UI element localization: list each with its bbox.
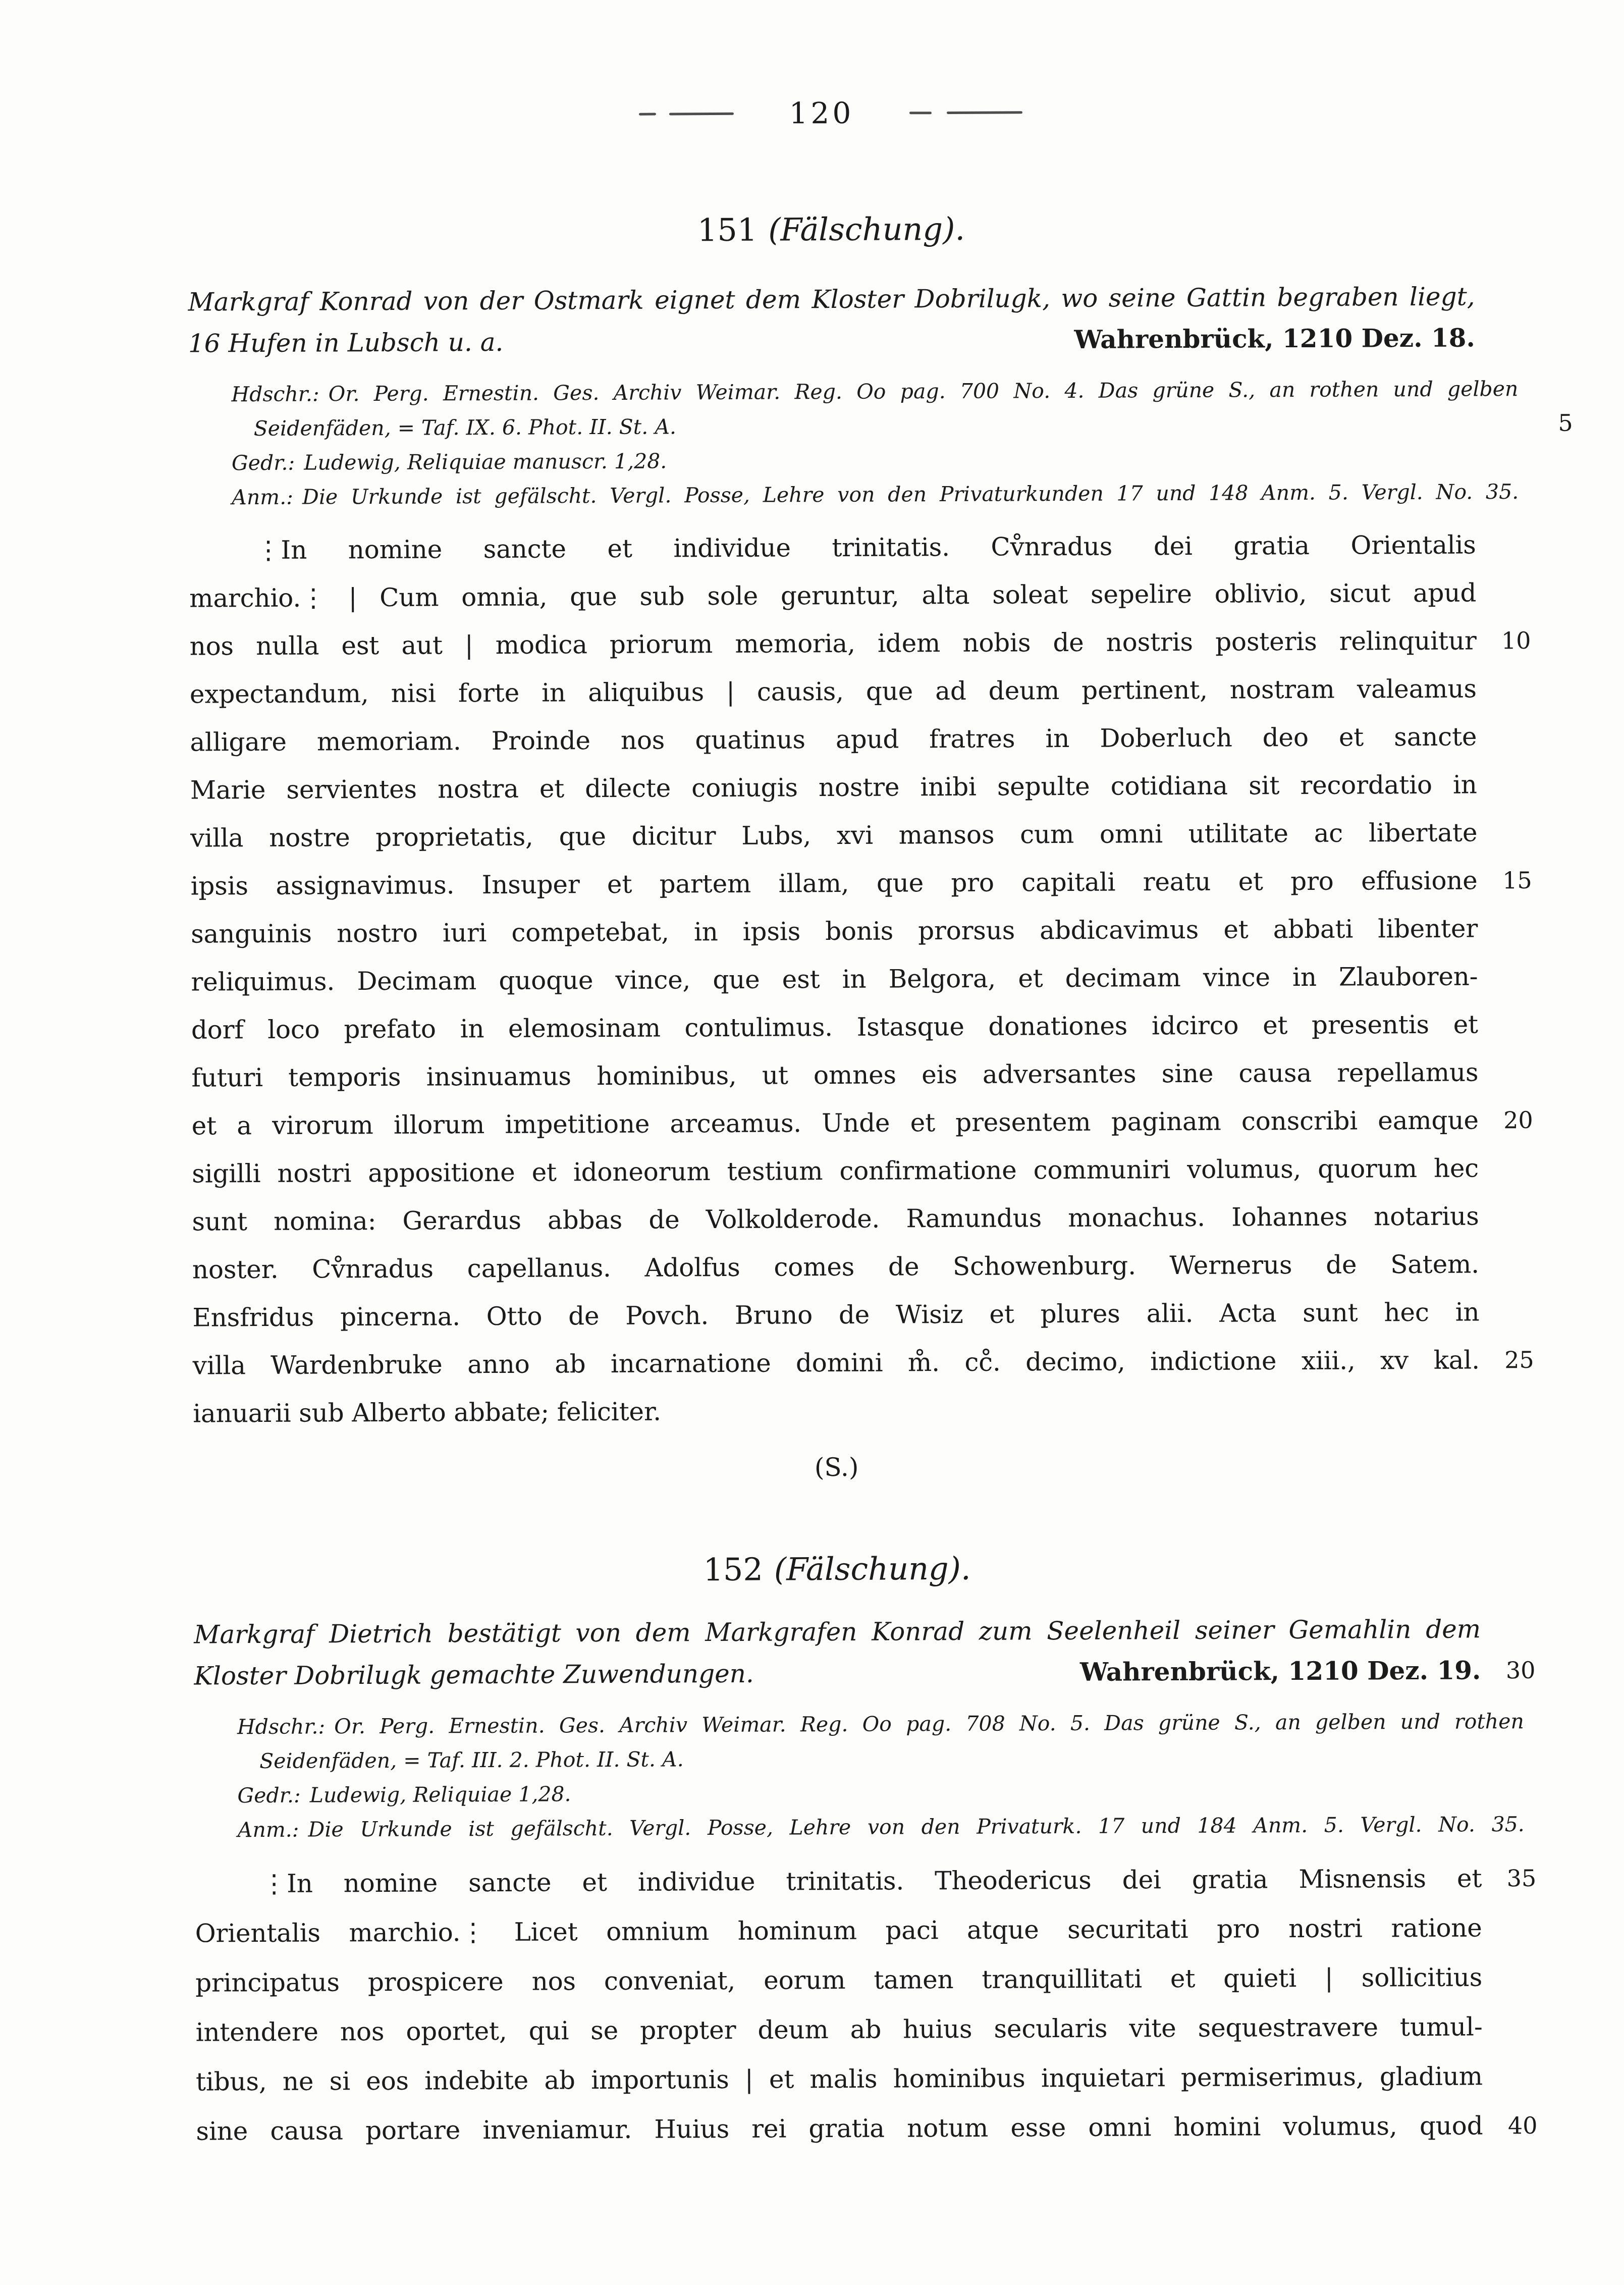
charter-text: futuri temporis insinuamus hominibus, ut… [191, 1057, 1478, 1092]
charter-text-line: futuri temporis insinuamus hominibus, ut… [191, 1048, 1478, 1102]
charter-text: intendere nos oportet, qui se propter de… [195, 2012, 1482, 2047]
source-line: Anm.:Die Urkunde ist gefälscht. Vergl. P… [238, 1807, 1525, 1847]
regest-line: Markgraf Konrad von der Ostmark eignet d… [188, 276, 1475, 323]
entry-151-forgery-label: (Fälschung). [768, 210, 965, 248]
charter-text: marchio.⋮ | Cum omnia, que sub sole geru… [189, 578, 1476, 613]
charter-text: sine causa portare inveniamur. Huius rei… [196, 2111, 1483, 2146]
source-text: Die Urkunde ist gefälscht. Vergl. Posse,… [302, 480, 1519, 509]
source-text: Seidenfäden, = Taf. IX. 6. Phot. II. St.… [254, 414, 676, 441]
charter-text-line: villa Wardenbruke anno ab incarnatione d… [193, 1336, 1480, 1390]
charter-text: Ensfridus pincerna. Otto de Povch. Bruno… [192, 1297, 1479, 1332]
margin-line-number: 20 [1503, 1096, 1533, 1144]
source-text: Or. Perg. Ernestin. Ges. Archiv Weimar. … [334, 1709, 1524, 1738]
charter-text: dorf loco prefato in elemosinam contulim… [191, 1009, 1478, 1044]
charter-text-line: sunt nomina: Gerardus abbas de Volkolder… [192, 1192, 1479, 1246]
charter-text: expectandum, nisi forte in aliquibus | c… [190, 674, 1477, 709]
entry-151-charter-text: ⋮In nomine sancte et individue trinitati… [189, 521, 1480, 1438]
charter-text-line: sine causa portare inveniamur. Huius rei… [196, 2101, 1483, 2156]
entry-151-regest: Markgraf Konrad von der Ostmark eignet d… [188, 276, 1475, 364]
source-label: Anm.: [232, 485, 293, 510]
source-line: Gedr.:Ludewig, Reliquiae manuscr. 1,28. [232, 440, 1519, 480]
charter-text-line: noster. Cv̊nradus capellanus. Adolfus co… [192, 1240, 1479, 1294]
charter-text-line: expectandum, nisi forte in aliquibus | c… [190, 665, 1477, 718]
source-line: Seidenfäden, = Taf. III. 2. Phot. II. St… [237, 1738, 1524, 1778]
charter-text: villa nostre proprietatis, que dicitur L… [190, 818, 1477, 853]
charter-text-line: et a virorum illorum impetitione arceamu… [192, 1096, 1479, 1150]
charter-text: sanguinis nostro iuri competebat, in ips… [191, 914, 1478, 948]
header-rule-left-small [639, 113, 656, 115]
charter-text: nos nulla est aut | modica priorum memor… [189, 626, 1476, 661]
charter-text-line: villa nostre proprietatis, que dicitur L… [190, 809, 1477, 862]
charter-text-line: tibus, ne si eos indebite ab importunis … [196, 2051, 1483, 2106]
source-text: Ludewig, Reliquiae 1,28. [310, 1782, 571, 1807]
charter-text-line: Orientalis marchio.⋮ Licet omnium hominu… [195, 1903, 1482, 1958]
regest-line-left: 16 Hufen in Lubsch u. a. [188, 322, 504, 364]
margin-line-number: 25 [1504, 1336, 1534, 1384]
charter-text: principatus prospicere nos conveniat, eo… [195, 1962, 1482, 1997]
margin-line-number: 35 [1440, 1853, 1536, 1903]
charter-text-line: sanguinis nostro iuri competebat, in ips… [191, 905, 1478, 958]
charter-text: Orientalis marchio.⋮ Licet omnium hominu… [195, 1913, 1482, 1948]
charter-text: ipsis assignavimus. Insuper et partem il… [191, 866, 1478, 900]
page-number: 120 [789, 96, 854, 131]
charter-text: villa Wardenbruke anno ab incarnatione d… [193, 1345, 1480, 1380]
charter-text-line: marchio.⋮ | Cum omnia, que sub sole geru… [189, 569, 1476, 622]
source-text: Or. Perg. Ernestin. Ges. Archiv Weimar. … [329, 377, 1519, 406]
header-rule-right-small [909, 112, 932, 114]
entry-151-source-notes: Hdschr.:Or. Perg. Ernestin. Ges. Archiv … [188, 371, 1546, 515]
charter-text: tibus, ne si eos indebite ab importunis … [196, 2061, 1483, 2096]
source-label: Gedr.: [232, 451, 295, 475]
margin-line-number: 15 [1502, 857, 1532, 905]
source-label: Gedr.: [237, 1783, 300, 1808]
source-line: Seidenfäden, = Taf. IX. 6. Phot. II. St.… [232, 406, 1519, 446]
entry-152-charter-text: ⋮In nomine sancte et individue trinitati… [195, 1853, 1483, 2156]
charter-text: noster. Cv̊nradus capellanus. Adolfus co… [192, 1249, 1479, 1284]
charter-text: Marie servientes nostra et dilecte coniu… [190, 770, 1477, 805]
entry-152-source-notes: Hdschr.:Or. Perg. Ernestin. Ges. Archiv … [194, 1704, 1552, 1847]
entry-152-forgery-label: (Fälschung). [774, 1550, 971, 1588]
page-header: 120 [187, 93, 1474, 133]
source-line: Anm.:Die Urkunde ist gefälscht. Vergl. P… [232, 474, 1519, 514]
entry-152-heading: 152(Fälschung). [193, 1548, 1480, 1590]
charter-text-line: ianuarii sub Alberto abbate; feliciter. [193, 1384, 1480, 1438]
regest-line-left: Kloster Dobrilugk gemachte Zuwendungen. [194, 1653, 754, 1697]
source-line: Gedr.:Ludewig, Reliquiae 1,28. [237, 1773, 1524, 1813]
charter-text: sigilli nostri appositione et idoneorum … [192, 1153, 1479, 1188]
charter-text-line: nos nulla est aut | modica priorum memor… [189, 617, 1476, 670]
charter-text: reliquimus. Decimam quoque vince, que es… [191, 962, 1478, 996]
source-text: Ludewig, Reliquiae manuscr. 1,28. [304, 449, 667, 474]
entry-152-number: 152 [703, 1551, 763, 1588]
scanned-book-page: 120 151(Fälschung). Markgraf Konrad von … [0, 0, 1624, 2285]
charter-text-line: dorf loco prefato in elemosinam contulim… [191, 1000, 1478, 1054]
entry-152-date: Wahrenbrück, 1210 Dez. 19. [1080, 1650, 1481, 1692]
entry-152-regest: Markgraf Dietrich bestätigt von dem Mark… [194, 1608, 1481, 1696]
source-line: Hdschr.:Or. Perg. Ernestin. Ges. Archiv … [237, 1704, 1524, 1744]
margin-line-number: 40 [1508, 2101, 1538, 2150]
charter-text-line: ⋮In nomine sancte et individue trinitati… [189, 521, 1476, 574]
charter-text-line: ipsis assignavimus. Insuper et partem il… [190, 857, 1477, 910]
charter-text-line: Ensfridus pincerna. Otto de Povch. Bruno… [192, 1288, 1479, 1342]
margin-line-number: 30 [1506, 1650, 1536, 1691]
header-rule-right [947, 111, 1022, 114]
margin-line-number: 10 [1501, 617, 1531, 665]
charter-text: ⋮In nomine sancte et individue trinitati… [256, 530, 1476, 565]
charter-text-line: Marie servientes nostra et dilecte coniu… [190, 761, 1477, 814]
margin-line-number: 5 [1558, 406, 1573, 440]
entry-151-seal-mark: (S.) [193, 1450, 1480, 1484]
charter-text-line: sigilli nostri appositione et idoneorum … [192, 1144, 1479, 1198]
regest-line: Kloster Dobrilugk gemachte Zuwendungen. … [194, 1650, 1481, 1696]
charter-text: alligare memoriam. Proinde nos quatinus … [190, 722, 1477, 757]
charter-text-line: reliquimus. Decimam quoque vince, que es… [191, 952, 1478, 1006]
regest-line: 16 Hufen in Lubsch u. a. Wahrenbrück, 12… [188, 317, 1475, 364]
source-text: Seidenfäden, = Taf. III. 2. Phot. II. St… [259, 1747, 684, 1773]
entry-151-number: 151 [697, 211, 757, 249]
charter-text-line: alligare memoriam. Proinde nos quatinus … [190, 713, 1477, 766]
source-label: Hdschr.: [237, 1714, 326, 1739]
source-label: Anm.: [238, 1818, 299, 1842]
charter-text-line: intendere nos oportet, qui se propter de… [195, 2002, 1482, 2057]
entry-151-heading: 151(Fälschung). [188, 208, 1475, 250]
charter-text: ⋮In nomine sancte et individue trinitati… [261, 1864, 1482, 1898]
text-column: 120 151(Fälschung). Markgraf Konrad von … [187, 0, 1484, 2285]
entry-151-date: Wahrenbrück, 1210 Dez. 18. [1074, 317, 1475, 360]
charter-text-line: principatus prospicere nos conveniat, eo… [195, 1952, 1482, 2007]
charter-text: sunt nomina: Gerardus abbas de Volkolder… [192, 1201, 1479, 1236]
header-rule-left [669, 112, 734, 115]
source-text: Die Urkunde ist gefälscht. Vergl. Posse,… [308, 1812, 1524, 1842]
source-label: Hdschr.: [231, 382, 319, 406]
charter-text-line: ⋮In nomine sancte et individue trinitati… [195, 1853, 1482, 1908]
regest-line: Markgraf Dietrich bestätigt von dem Mark… [194, 1608, 1481, 1655]
charter-text: et a virorum illorum impetitione arceamu… [192, 1105, 1479, 1140]
source-line: Hdschr.:Or. Perg. Ernestin. Ges. Archiv … [231, 371, 1518, 411]
charter-text: ianuarii sub Alberto abbate; feliciter. [193, 1397, 661, 1428]
